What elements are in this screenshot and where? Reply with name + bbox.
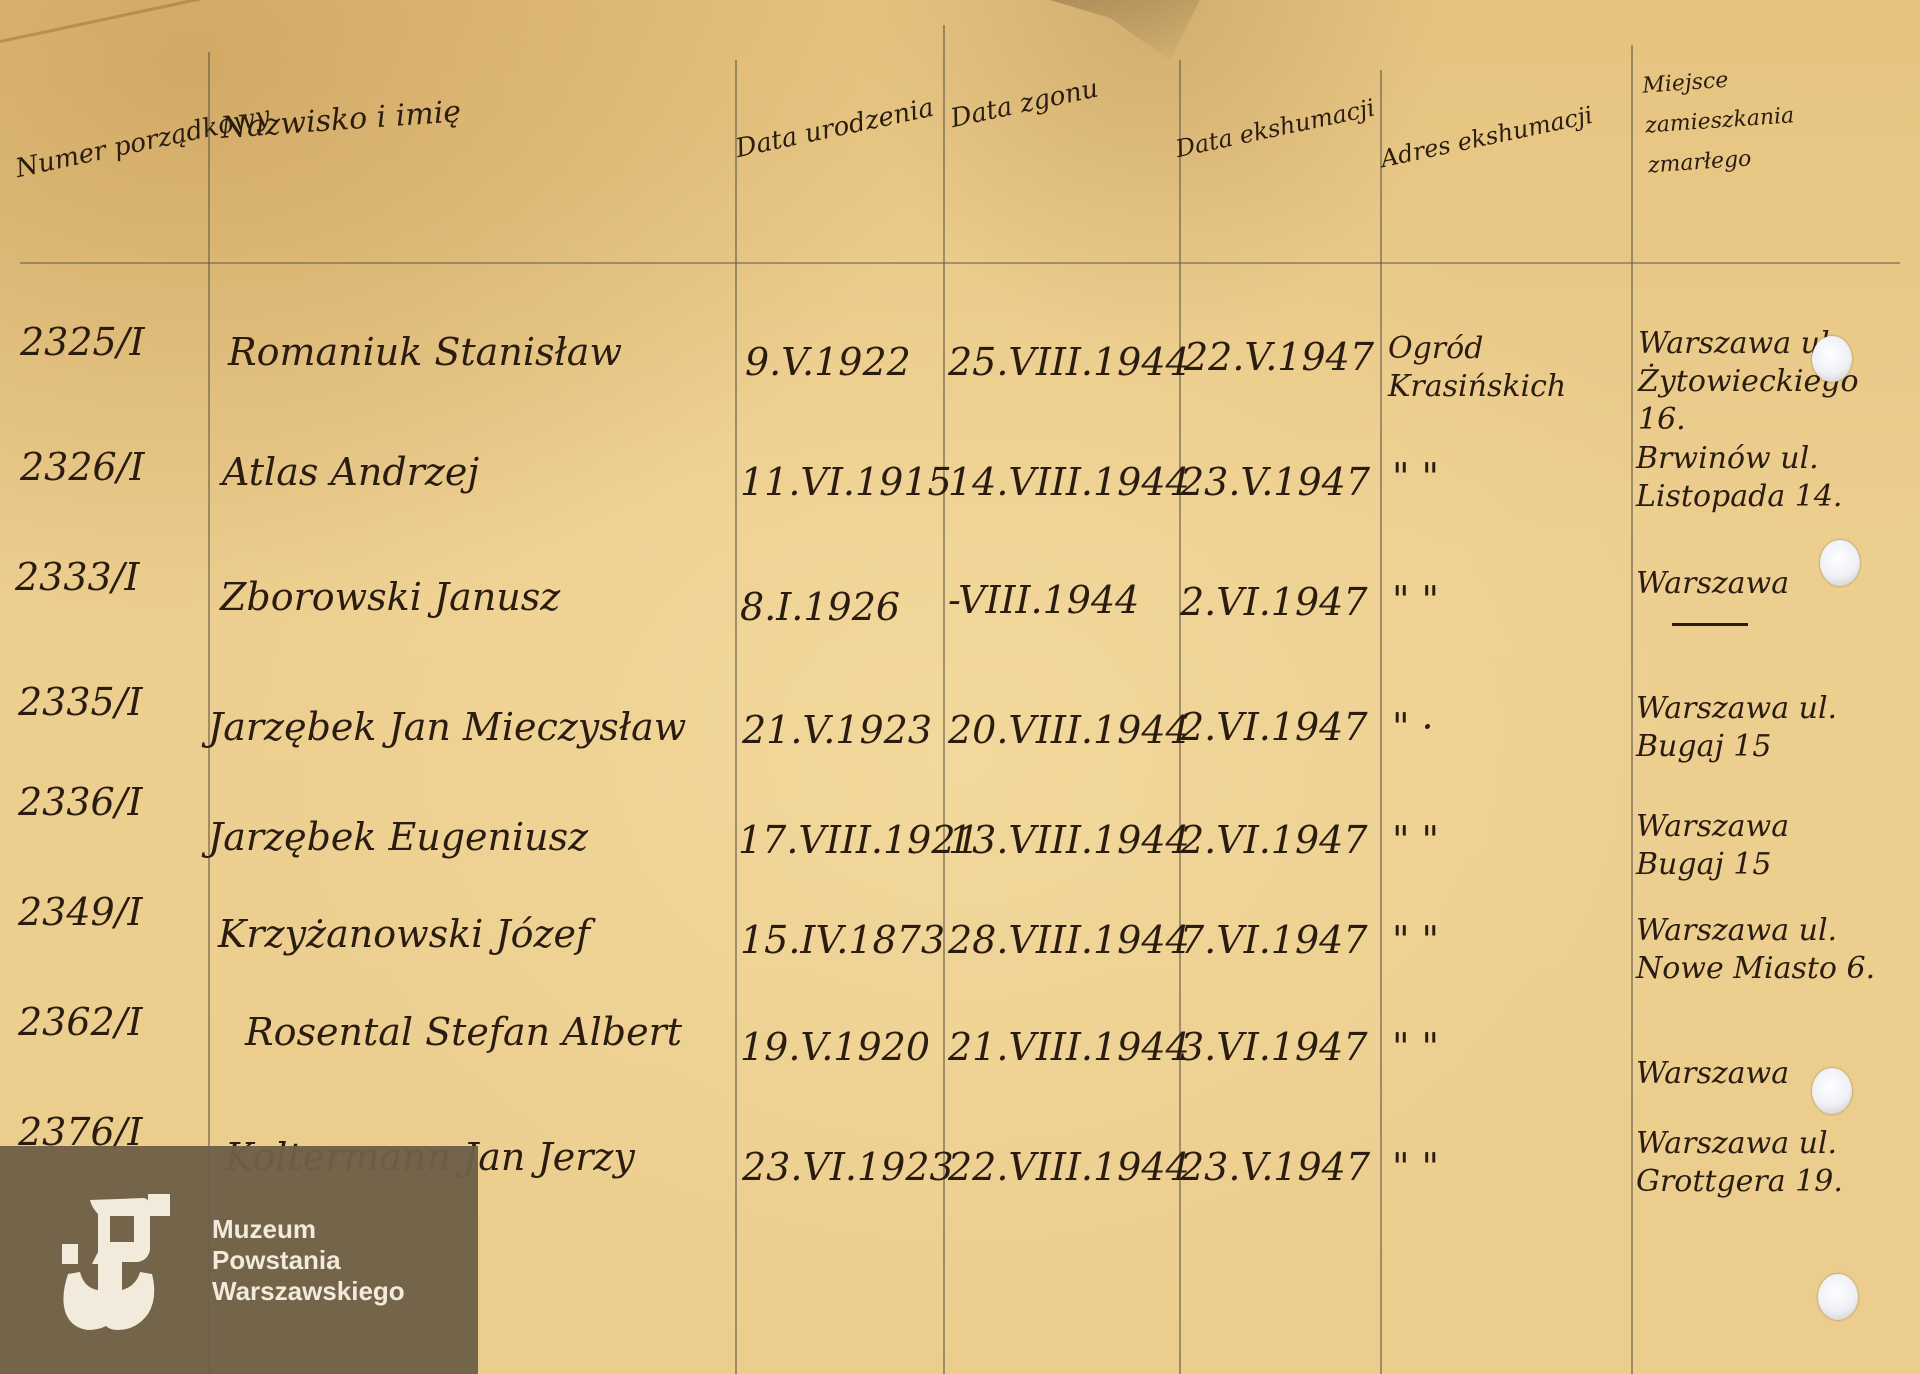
cell-birth-date: 11.VI.1915 xyxy=(740,460,952,504)
header-exhumation-date: Data ekshumacji xyxy=(1172,89,1378,168)
museum-name-line-2: Powstania xyxy=(212,1245,405,1276)
cell-death-date: 25.VIII.1944 xyxy=(948,340,1190,384)
cell-name: Jarzębek Eugeniusz xyxy=(208,815,588,859)
museum-name-line-1: Muzeum xyxy=(212,1214,405,1245)
cell-birth-date: 8.I.1926 xyxy=(740,585,900,629)
cell-death-date: 21.VIII.1944 xyxy=(948,1025,1190,1069)
cell-residence: Warszawa ul. Bugaj 15 xyxy=(1636,690,1886,766)
cell-residence: Warszawa ul. Grottgera 19. xyxy=(1636,1125,1886,1201)
museum-logo-watermark: Muzeum Powstania Warszawskiego xyxy=(0,1146,478,1374)
cell-birth-date: 19.V.1920 xyxy=(740,1025,930,1069)
header-exhumation-address: Adres ekshumacji xyxy=(1377,96,1596,178)
punch-hole xyxy=(1818,1274,1858,1320)
cell-residence: Warszawa ul. Żytowieckiego 16. xyxy=(1638,325,1888,439)
cell-exhumation-date: 2.VI.1947 xyxy=(1180,580,1368,624)
cell-name: Zborowski Janusz xyxy=(220,575,560,619)
cell-number: 2336/I xyxy=(18,780,143,824)
punch-hole xyxy=(1812,1068,1852,1114)
cell-birth-date: 9.V.1922 xyxy=(745,340,911,384)
header-residence: Miejsce zamieszkania zmarłego xyxy=(1641,54,1839,187)
cell-number: 2333/I xyxy=(15,555,140,599)
cell-exhumation-date: 2.VI.1947 xyxy=(1180,705,1368,749)
cell-residence: Warszawa xyxy=(1636,1055,1789,1093)
header-divider xyxy=(20,262,1900,264)
cell-birth-date: 21.V.1923 xyxy=(742,708,932,752)
column-divider xyxy=(1631,45,1633,1374)
cell-birth-date: 23.VI.1923 xyxy=(742,1145,954,1189)
cell-number: 2326/I xyxy=(20,445,145,489)
cell-exhumation-date: 2.VI.1947 xyxy=(1180,818,1368,862)
cell-residence: Warszawa xyxy=(1636,565,1789,603)
cell-number: 2325/I xyxy=(20,320,145,364)
cell-number: 2362/I xyxy=(18,1000,143,1044)
cell-birth-date: 17.VIII.1921 xyxy=(738,818,980,862)
paper-crease xyxy=(0,0,509,43)
museum-name-line-3: Warszawskiego xyxy=(212,1276,405,1307)
cell-exhumation-address: " " xyxy=(1392,918,1439,962)
cell-number: 2349/I xyxy=(18,890,143,934)
column-divider xyxy=(1380,70,1382,1374)
cell-exhumation-date: 23.V.1947 xyxy=(1180,460,1370,504)
cell-exhumation-date: 22.V.1947 xyxy=(1184,335,1374,379)
cell-residence: Brwinów ul. Listopada 14. xyxy=(1636,440,1886,516)
museum-name: Muzeum Powstania Warszawskiego xyxy=(212,1214,405,1307)
cell-exhumation-date: 23.V.1947 xyxy=(1180,1145,1370,1189)
cell-residence: Warszawa ul. Nowe Miasto 6. xyxy=(1636,912,1876,988)
cell-name: Romaniuk Stanisław xyxy=(228,330,728,374)
cell-exhumation-date: 3.VI.1947 xyxy=(1180,1025,1368,1069)
cell-exhumation-address: " " xyxy=(1392,1025,1439,1069)
cell-death-date: 20.VIII.1944 xyxy=(948,708,1190,752)
cell-name: Jarzębek Jan Mieczysław xyxy=(208,705,686,749)
cell-death-date: 13.VIII.1944 xyxy=(948,818,1190,862)
cell-exhumation-address: Ogród Krasińskich xyxy=(1388,330,1623,406)
cell-death-date: 22.VIII.1944 xyxy=(948,1145,1190,1189)
underline-mark xyxy=(1672,623,1748,626)
cell-exhumation-address: " · xyxy=(1392,705,1434,749)
cell-death-date: -VIII.1944 xyxy=(948,578,1139,622)
cell-name: Krzyżanowski Józef xyxy=(218,912,590,956)
cell-death-date: 28.VIII.1944 xyxy=(948,918,1190,962)
cell-exhumation-date: 7.VI.1947 xyxy=(1180,918,1368,962)
cell-exhumation-address: " " xyxy=(1392,818,1439,862)
cell-death-date: 14.VIII.1944 xyxy=(948,460,1190,504)
cell-residence: Warszawa Bugaj 15 xyxy=(1636,808,1856,884)
cell-exhumation-address: " " xyxy=(1392,578,1439,622)
document-page: Numer porządkowy Nazwisko i imię Data ur… xyxy=(0,0,1920,1374)
cell-exhumation-address: " " xyxy=(1392,1145,1439,1189)
torn-paper-fold xyxy=(1050,0,1200,60)
cell-birth-date: 15.IV.1873 xyxy=(740,918,945,962)
column-divider xyxy=(735,60,737,1374)
cell-name: Rosental Stefan Albert xyxy=(245,1010,725,1054)
header-death-date: Data zgonu xyxy=(947,70,1102,138)
header-birth-date: Data urodzenia xyxy=(732,89,937,168)
cell-exhumation-address: " " xyxy=(1392,455,1439,499)
cell-name: Atlas Andrzej xyxy=(222,450,479,494)
punch-hole xyxy=(1820,540,1860,586)
cell-number: 2335/I xyxy=(18,680,143,724)
kotwica-anchor-icon xyxy=(62,1194,192,1334)
punch-hole xyxy=(1812,336,1852,382)
